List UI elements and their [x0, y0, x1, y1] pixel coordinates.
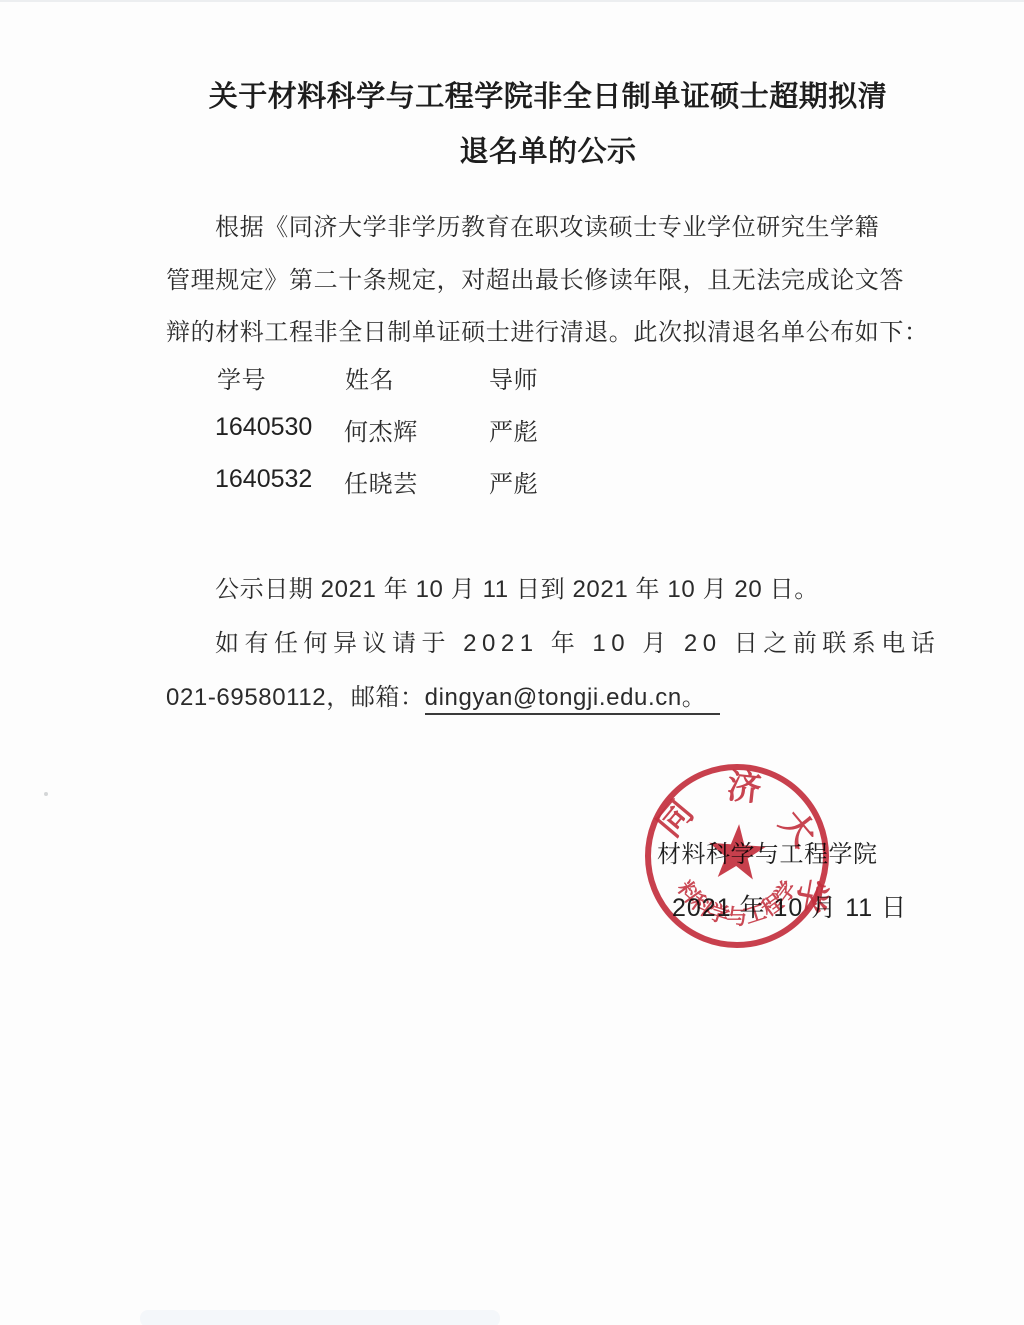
scanned-document-page: 关于材料科学与工程学院非全日制单证硕士超期拟清 退名单的公示 根据《同济大学非学… — [0, 0, 1024, 1325]
seal-char-tong: 同 — [651, 794, 701, 844]
table-header-student-id: 学号 — [217, 360, 266, 395]
paragraph-line-2: 管理规定》第二十条规定，对超出最长修读年限，且无法完成论文答 — [166, 260, 904, 295]
scan-smudge — [140, 1310, 500, 1325]
contact-line-2: 021-69580112，邮箱：dingyan@tongji.edu.cn。 — [166, 677, 720, 712]
student-name: 任晓芸 — [344, 464, 418, 499]
scan-speck — [44, 792, 48, 796]
contact-phone: 021-69580112，邮箱： — [166, 684, 425, 711]
paragraph-line-1: 根据《同济大学非学历教育在职攻读硕士专业学位研究生学籍 — [215, 207, 879, 242]
notice-period-line: 公示日期 2021 年 10 月 11 日到 2021 年 10 月 20 日。 — [215, 569, 819, 604]
official-seal-stamp: 同 济 大 学 材料科学与工程学院 — [637, 756, 837, 962]
table-header-name: 姓名 — [345, 360, 394, 395]
contact-line-1: 如有任何异议请于 2021 年 10 月 20 日之前联系电话 — [215, 623, 940, 658]
student-name: 何杰辉 — [344, 412, 418, 447]
contact-email-link[interactable]: dingyan@tongji.edu.cn。 — [425, 684, 721, 715]
advisor-name: 严彪 — [489, 412, 538, 447]
document-title-line-2: 退名单的公示 — [459, 129, 636, 170]
table-header-advisor: 导师 — [489, 360, 538, 395]
seal-star-icon — [707, 822, 768, 880]
seal-char-ji: 济 — [725, 767, 763, 808]
advisor-name: 严彪 — [489, 464, 538, 499]
student-id: 1640532 — [215, 465, 312, 494]
paragraph-line-3: 辩的材料工程非全日制单证硕士进行清退。此次拟清退名单公布如下： — [166, 312, 929, 347]
student-id: 1640530 — [215, 413, 312, 442]
document-title-line-1: 关于材料科学与工程学院非全日制单证硕士超期拟清 — [209, 74, 888, 115]
